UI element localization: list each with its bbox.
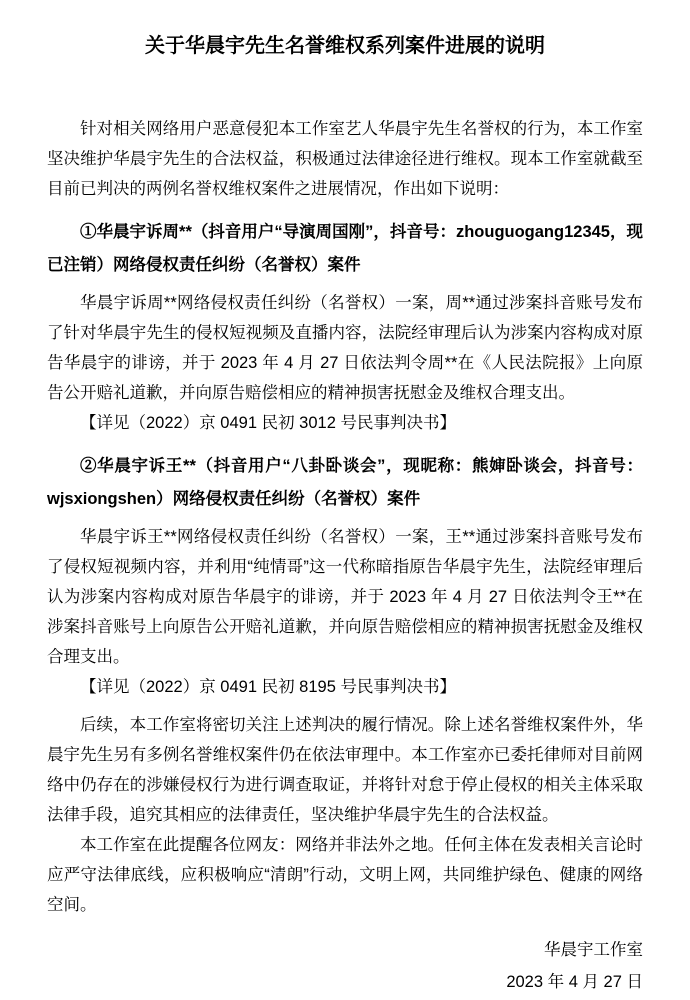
followup-paragraph: 后续，本工作室将密切关注上述判决的履行情况。除上述名誉维权案件外，华晨宇先生另有…: [47, 710, 643, 830]
reminder-paragraph: 本工作室在此提醒各位网友：网络并非法外之地。任何主体在发表相关言论时应严守法律底…: [47, 830, 643, 920]
statement-document-page: 关于华晨宇先生名誉维权系列案件进展的说明 针对相关网络用户恶意侵犯本工作室艺人华…: [0, 0, 690, 1000]
intro-paragraph: 针对相关网络用户恶意侵犯本工作室艺人华晨宇先生名誉权的行为，本工作室坚决维护华晨…: [47, 114, 643, 204]
document-title: 关于华晨宇先生名誉维权系列案件进展的说明: [47, 34, 643, 58]
signature-block: 华晨宇工作室 2023 年 4 月 27 日: [47, 934, 643, 998]
case1-judgment-reference: 【详见（2022）京 0491 民初 3012 号民事判决书】: [47, 408, 643, 438]
case1-body-paragraph: 华晨宇诉周**网络侵权责任纠纷（名誉权）一案，周**通过涉案抖音账号发布了针对华…: [47, 288, 643, 408]
case2-heading: ②华晨宇诉王**（抖音用户“八卦卧谈会”，现昵称：熊婶卧谈会，抖音号：wjsxi…: [47, 450, 643, 516]
signature-date: 2023 年 4 月 27 日: [47, 966, 643, 998]
case2-body-paragraph: 华晨宇诉王**网络侵权责任纠纷（名誉权）一案，王**通过涉案抖音账号发布了侵权短…: [47, 522, 643, 672]
case1-heading: ①华晨宇诉周**（抖音用户“导演周国刚”，抖音号：zhouguogang1234…: [47, 216, 643, 282]
case2-judgment-reference: 【详见（2022）京 0491 民初 8195 号民事判决书】: [47, 672, 643, 702]
signature-name: 华晨宇工作室: [47, 934, 643, 966]
